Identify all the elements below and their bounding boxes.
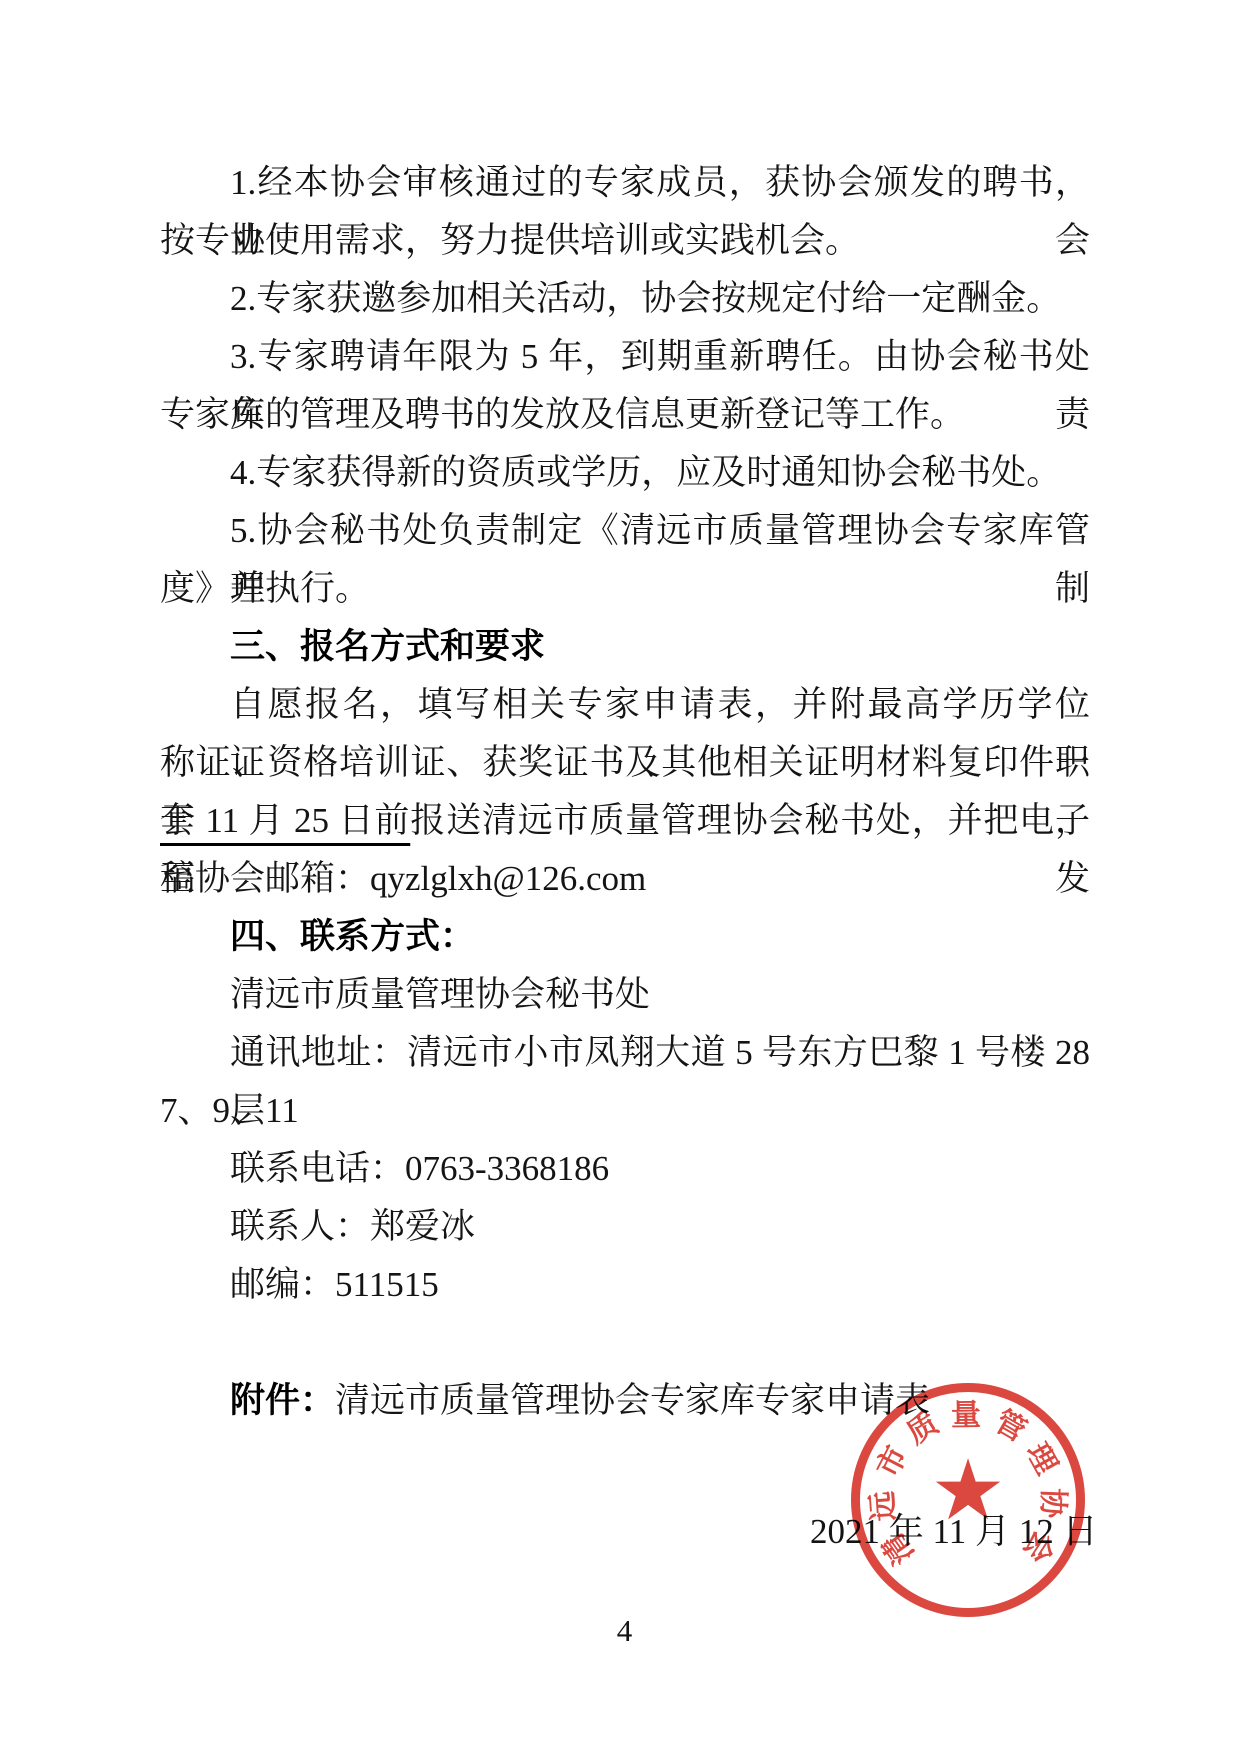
page-number: 4	[0, 1613, 1249, 1649]
attachment-text: 清远市质量管理协会专家库专家申请表	[335, 1381, 930, 1420]
section-heading-4: 四、联系方式：	[160, 908, 1090, 966]
seal-char: 远	[866, 1488, 902, 1524]
seal-char: 量	[949, 1399, 984, 1434]
deadline-line: 于 11 月 25 日前报送清远市质量管理协会秘书处，并把电子稿发	[160, 792, 1090, 850]
body-line: 3.专家聘请年限为 5 年，到期重新聘任。由协会秘书处负责	[160, 328, 1090, 386]
phone-line: 联系电话：0763-3368186	[160, 1140, 1090, 1198]
body-line: 7、9、11	[160, 1082, 1090, 1140]
blank-line-spacer	[160, 1314, 1090, 1372]
postal-code-line: 邮编：511515	[160, 1256, 1090, 1314]
body-line: 称证、资格培训证、获奖证书及其他相关证明材料复印件一套，	[160, 734, 1090, 792]
attachment-label: 附件：	[230, 1381, 335, 1420]
body-line: 5.协会秘书处负责制定《清远市质量管理协会专家库管理制	[160, 502, 1090, 560]
body-line: 清远市质量管理协会秘书处	[160, 966, 1090, 1024]
body-line: 自愿报名，填写相关专家申请表，并附最高学历学位证、职	[160, 676, 1090, 734]
official-seal: ★ 清 远 市 质 量 管 理 协 会	[851, 1383, 1085, 1617]
document-body: 1.经本协会审核通过的专家成员，获协会颁发的聘书，协会 按专业使用需求，努力提供…	[160, 154, 1090, 1430]
section-heading-3: 三、报名方式和要求	[160, 618, 1090, 676]
body-line: 1.经本协会审核通过的专家成员，获协会颁发的聘书，协会	[160, 154, 1090, 212]
document-page: 1.经本协会审核通过的专家成员，获协会颁发的聘书，协会 按专业使用需求，努力提供…	[0, 0, 1249, 1755]
body-line: 专家库的管理及聘书的发放及信息更新登记等工作。	[160, 386, 1090, 444]
address-line: 通讯地址：清远市小市凤翔大道 5 号东方巴黎 1 号楼 28 层	[160, 1024, 1090, 1082]
deadline-underlined-text: 于 11 月 25 日前	[160, 801, 410, 840]
seal-char: 协	[1034, 1485, 1069, 1520]
body-line: 2.专家获邀参加相关活动，协会按规定付给一定酬金。	[160, 270, 1090, 328]
contact-person-line: 联系人：郑爱冰	[160, 1198, 1090, 1256]
body-line: 4.专家获得新的资质或学历，应及时通知协会秘书处。	[160, 444, 1090, 502]
